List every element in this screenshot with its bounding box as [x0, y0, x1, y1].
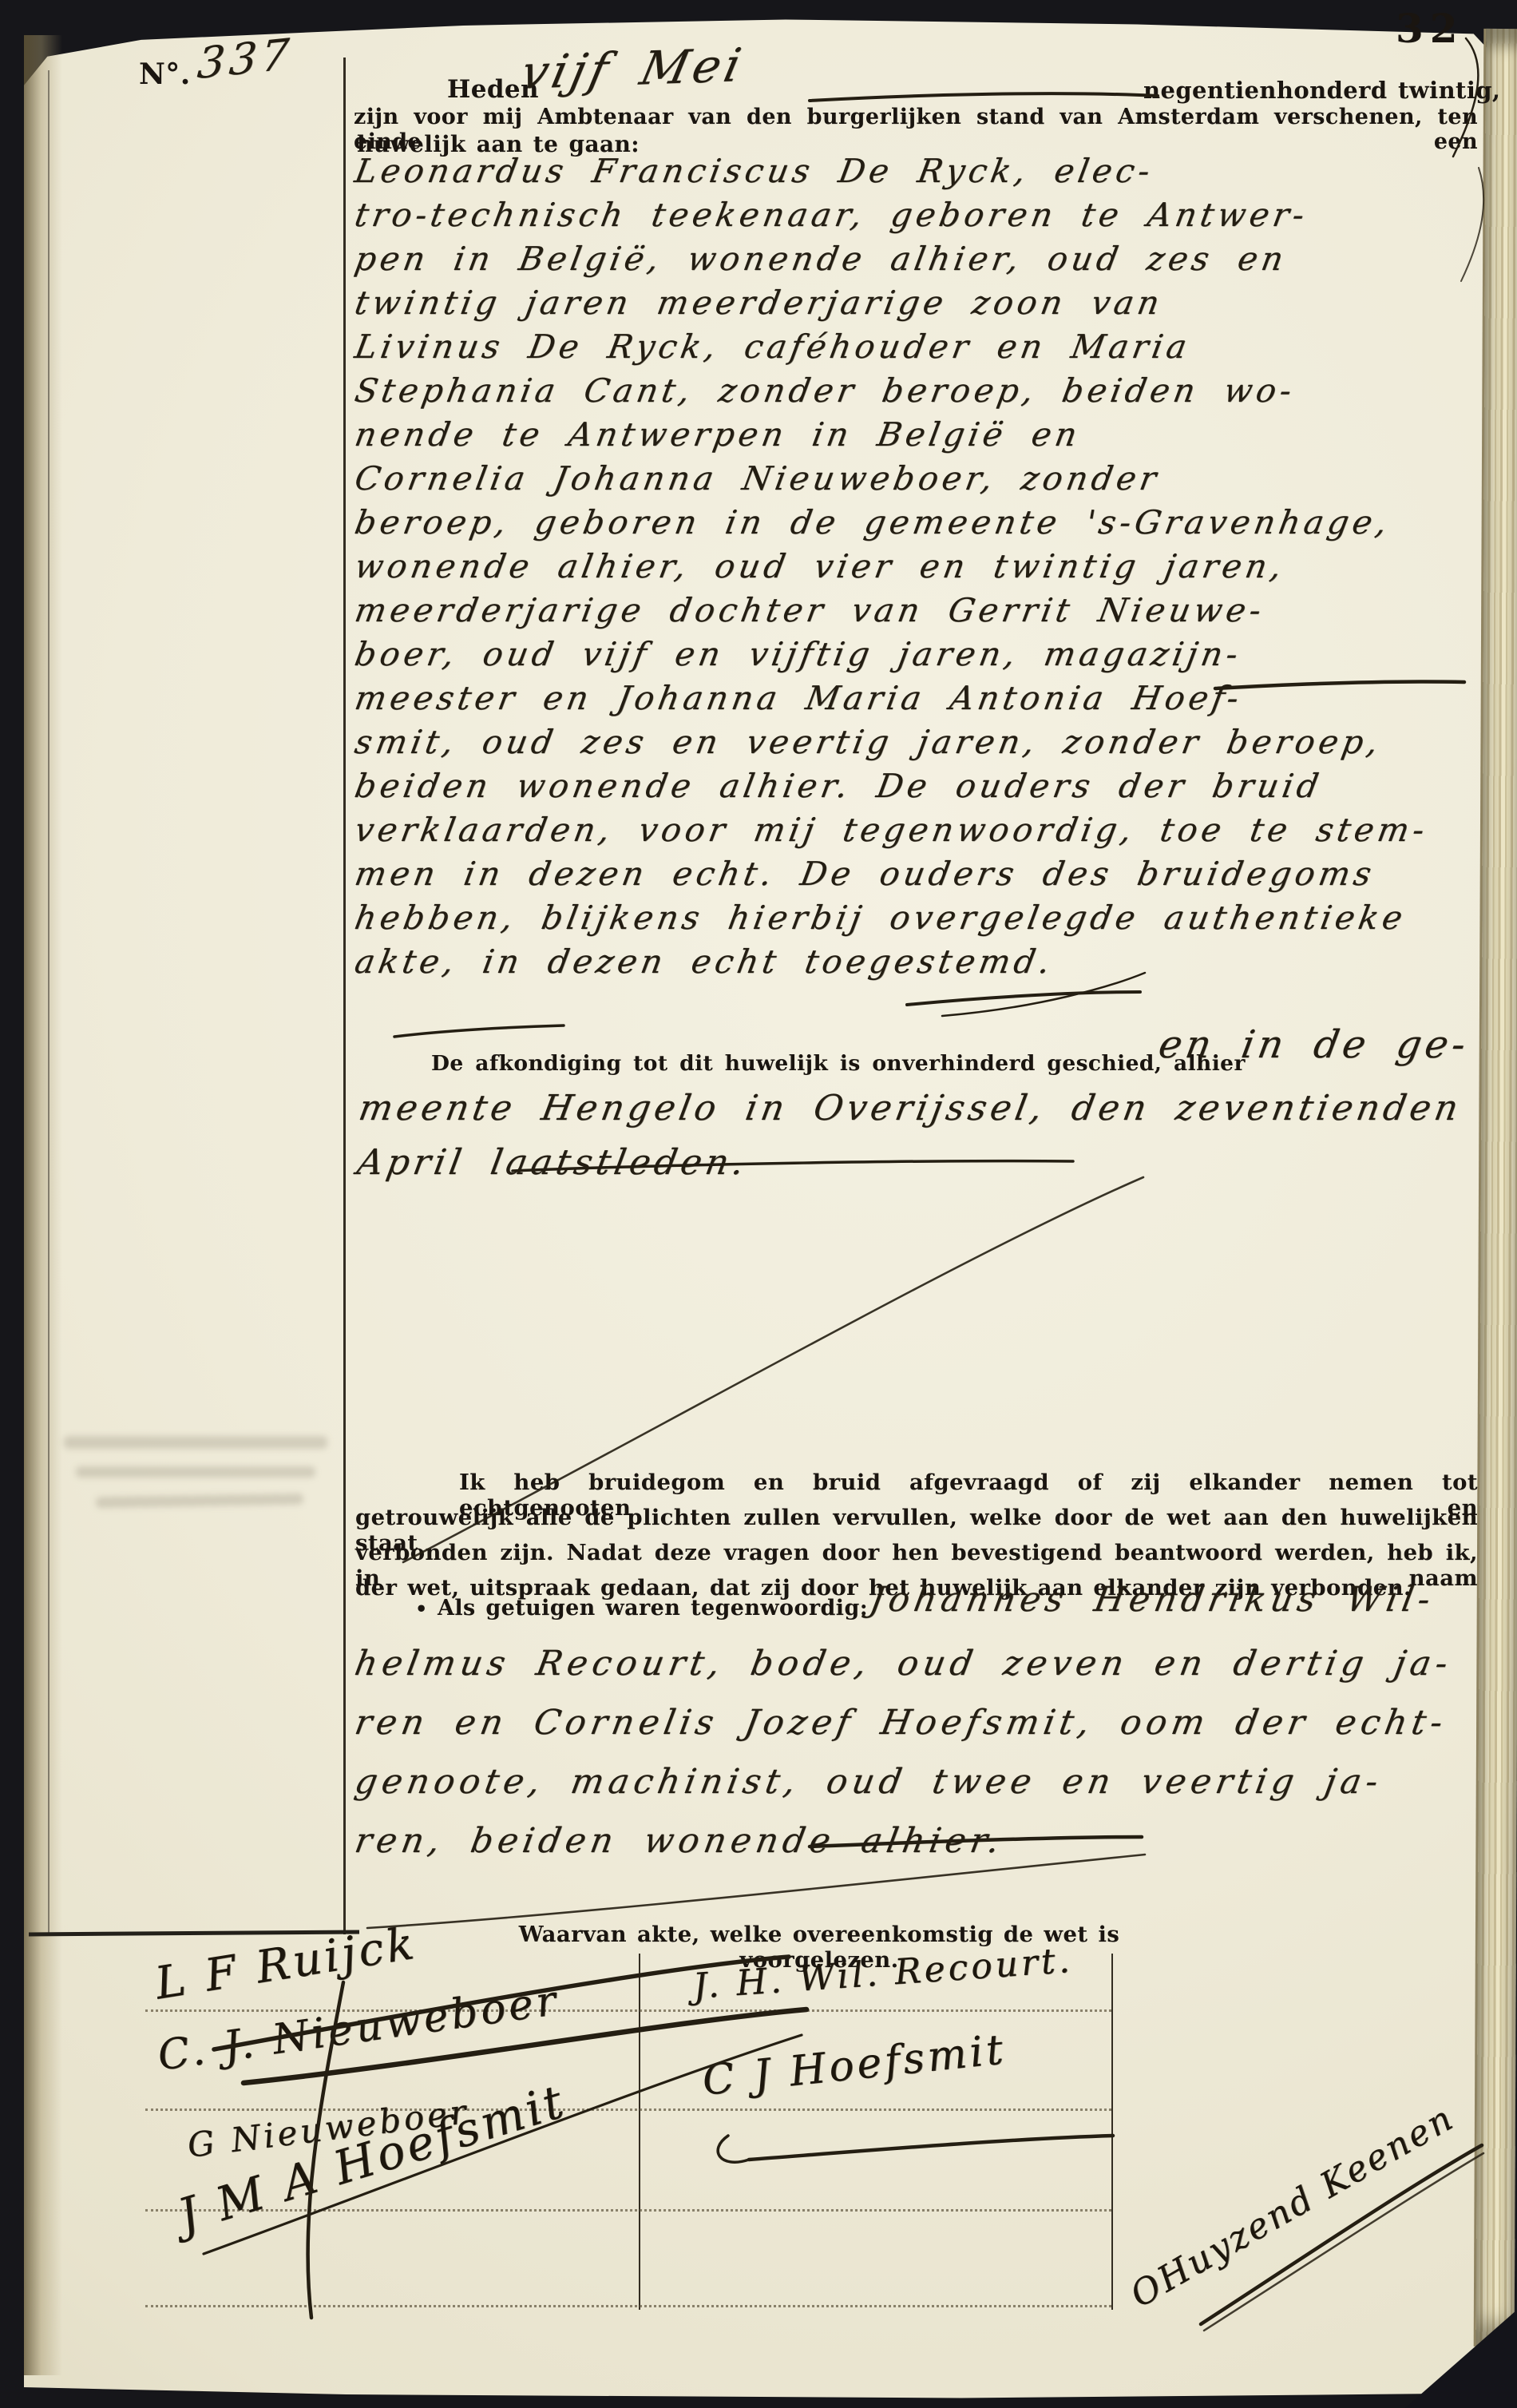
page-number: 32 [1396, 5, 1464, 52]
parties-line: beroep, geboren in de gemeente 's-Graven… [352, 503, 1394, 542]
parties-line: smit, oud zes en veertig jaren, zonder b… [352, 723, 1385, 761]
signature-dotted-line [145, 2305, 1111, 2307]
parties-line: men in dezen echt. De ouders des bruideg… [352, 855, 1378, 893]
number-column-divider [343, 58, 346, 1934]
witnesses-handwritten: ren en Cornelis Jozef Hoefsmit, oom der … [352, 1703, 1451, 1743]
parties-line: beiden wonende alhier. De ouders der bru… [352, 767, 1325, 805]
parties-line: verklaarden, voor mij tegenwoordig, toe … [352, 811, 1432, 849]
banns-handwritten: April laatstleden. [354, 1142, 751, 1183]
signature-table-divider [639, 1954, 640, 2310]
parties-line: nende te Antwerpen in België en [352, 415, 1084, 454]
parties-line: twintig jaren meerderjarige zoon van [352, 284, 1166, 322]
parties-line: hebben, blijkens hierbij overgelegde aut… [352, 899, 1409, 937]
parties-line: meerderjarige dochter van Gerrit Nieuwe- [352, 591, 1268, 629]
parties-line: Leonardus Franciscus De Ryck, elec- [352, 152, 1157, 190]
banns-handwritten: meente Hengelo in Overijssel, den zevent… [356, 1088, 1465, 1129]
signature-dotted-line [145, 2108, 1111, 2111]
register-scan: 32 N°. 337 Heden vijf Mei negentienhonde… [0, 0, 1517, 2408]
opening-year: negentienhonderd twintig, [1143, 77, 1500, 104]
signature-dotted-line [145, 2009, 1111, 2012]
banns-handwritten: en in de ge- [1155, 1022, 1473, 1067]
witnesses-label: Als getuigen waren tegenwoordig: [438, 1596, 868, 1621]
parties-line: pen in België, wonende alhier, oud zes e… [352, 240, 1290, 278]
act-number-handwritten: 337 [196, 29, 295, 89]
parties-line: akte, in dezen echt toegestemd. [352, 942, 1057, 981]
ink-bleed-through [76, 1466, 315, 1478]
witnesses-handwritten: helmus Recourt, bode, oud zeven en derti… [352, 1644, 1456, 1684]
act-number-label: N°. [139, 58, 191, 91]
opening-date-handwritten: vijf Mei [517, 38, 750, 100]
binding-edge [24, 35, 62, 2375]
parties-line: tro-technisch teekenaar, geboren te Antw… [352, 196, 1312, 234]
ink-bleed-through [64, 1436, 327, 1449]
parties-line: boer, oud vijf en vijftig jaren, magazij… [352, 635, 1245, 673]
signature-table-divider [1111, 1954, 1113, 2310]
parties-line: Livinus De Ryck, caféhouder en Maria [352, 327, 1194, 366]
banns-printed: De afkondiging tot dit huwelijk is onver… [431, 1051, 1246, 1076]
parties-line: meester en Johanna Maria Antonia Hoef- [352, 679, 1246, 717]
parties-line: Stephania Cant, zonder beroep, beiden wo… [352, 371, 1299, 410]
witnesses-bullet: • [415, 1597, 428, 1621]
parties-line: Cornelia Johanna Nieuweboer, zonder [352, 459, 1163, 498]
witnesses-handwritten: ren, beiden wonende alhier. [352, 1821, 1008, 1861]
parties-line: wonende alhier, oud vier en twintig jare… [352, 547, 1289, 585]
witnesses-handwritten: genoote, machinist, oud twee en veertig … [352, 1762, 1386, 1802]
left-margin-rule [48, 70, 50, 1933]
witnesses-handwritten: Johannes Hendrikus Wil- [867, 1580, 1438, 1620]
